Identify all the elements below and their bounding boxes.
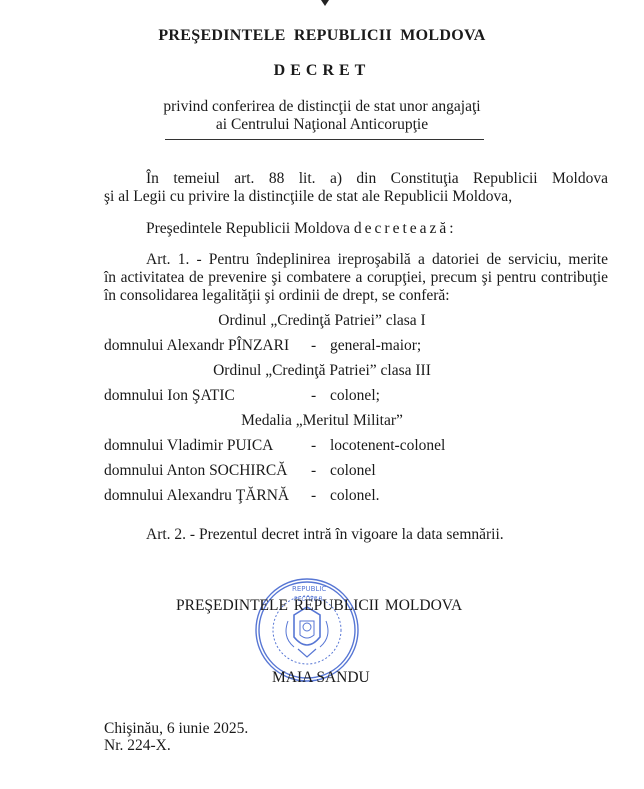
recipient-name: domnului Alexandru ŢĂRNĂ (104, 487, 289, 505)
recipient-name: domnului Vladimir PUICA (104, 437, 273, 455)
recipient-rank: colonel (330, 462, 376, 480)
recipient-dash: - (311, 462, 316, 480)
signatory-name: MAIA SANDU (272, 669, 370, 687)
recipient-name: domnului Anton SOCHIRCĂ (104, 462, 287, 480)
recipient-dash: - (311, 387, 316, 405)
institution-title: PREŞEDINTELE REPUBLICII MOLDOVA (0, 27, 644, 45)
place-date: Chişinău, 6 iunie 2025. (104, 720, 248, 737)
award-heading: Ordinul „Credinţă Patriei” clasa III (0, 362, 644, 380)
recipient-rank: general-maior; (330, 337, 421, 355)
recipient-name: domnului Ion ŞATIC (104, 387, 235, 405)
award-heading: Ordinul „Credinţă Patriei” clasa I (0, 312, 644, 330)
article-1-line-3: în consolidarea legalităţii şi ordinii d… (104, 287, 608, 305)
recipient-dash: - (311, 487, 316, 505)
document-type: DECRET (0, 62, 644, 80)
state-emblem-icon (321, 0, 329, 6)
subtitle-line-2: ai Centrului Naţional Anticorupţie (0, 116, 644, 134)
article-2: Art. 2. - Prezentul decret intră în vigo… (146, 526, 504, 544)
decrees-statement: Preşedintele Republicii Moldova decretea… (146, 220, 457, 238)
recipient-rank: colonel; (330, 387, 380, 405)
official-seal-icon: REPUBLIC РЕСПУБЛ (254, 577, 360, 683)
title-divider (165, 139, 484, 140)
preamble-line-1: În temeiul art. 88 lit. a) din Constituţ… (104, 170, 608, 188)
svg-text:REPUBLIC: REPUBLIC (292, 585, 326, 593)
recipient-dash: - (311, 437, 316, 455)
subtitle-line-1: privind conferirea de distincţii de stat… (0, 98, 644, 116)
signatory-title: PREŞEDINTELE REPUBLICII MOLDOVA (176, 597, 462, 615)
article-1-line-2: în activitatea de prevenire şi combatere… (104, 269, 608, 287)
decrees-prefix: Preşedintele Republicii Moldova (146, 220, 350, 237)
recipient-rank: colonel. (330, 487, 380, 505)
decree-number: Nr. 224-X. (104, 737, 171, 754)
decrees-word: decretează: (354, 220, 457, 237)
recipient-rank: locotenent-colonel (330, 437, 445, 455)
recipient-name: domnului Alexandr PÎNZARI (104, 337, 289, 355)
award-heading: Medalia „Meritul Militar” (0, 412, 644, 430)
article-1-line-1: Art. 1. - Pentru îndeplinirea ireproşabi… (104, 251, 608, 269)
recipient-dash: - (311, 337, 316, 355)
preamble-line-2: şi al Legii cu privire la distincţiile d… (104, 188, 608, 206)
